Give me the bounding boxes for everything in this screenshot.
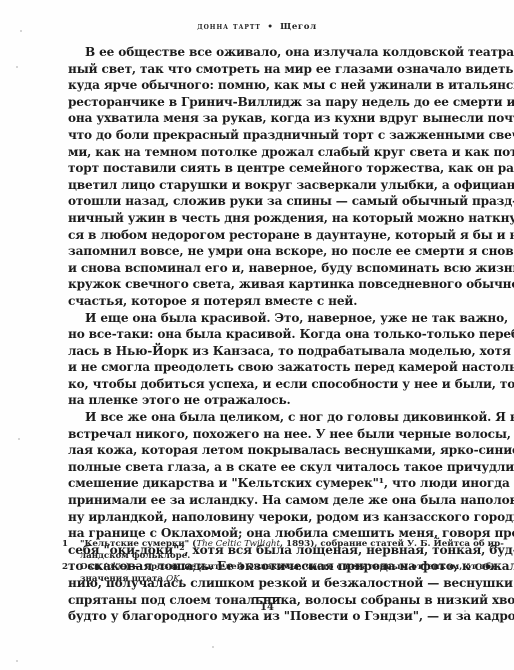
text-line: ко, чтобы добиться успеха, и если способ… — [68, 376, 480, 393]
footnotes: 1 "Кельтские сумерки" (The Celtic Twilig… — [62, 539, 480, 585]
text-line: ресторанчике в Гринич-Виллидж за пару не… — [68, 94, 480, 111]
footnote-italic-title: The Celtic Twilight — [196, 539, 280, 549]
text-line: смешение дикарства и "Кельтских сумерек"… — [68, 475, 480, 492]
scan-speck — [18, 438, 20, 440]
footnote-line: ландском фольклоре. — [80, 551, 480, 563]
text-line: ный свет, так что смотреть на мир ее гла… — [68, 61, 480, 78]
text-line: принимали ее за исландку. На самом деле … — [68, 492, 480, 509]
footnote-line: значения штата OK. — [80, 574, 480, 586]
scan-speck — [212, 646, 214, 648]
text-line: отошли назад, сложив руки за спины — сам… — [68, 193, 480, 210]
text-line: торт поставили сиять в центре семейного … — [68, 160, 480, 177]
scan-speck — [16, 660, 18, 662]
text-line: лась в Нью-Йорк из Канзаса, то подрабаты… — [68, 343, 480, 360]
footnote-text: . — [180, 574, 183, 584]
text-line: и снова вспоминал его и, наверное, буду … — [68, 260, 480, 277]
text-line: лая кожа, которая летом покрывалась весн… — [68, 442, 480, 459]
footnote-text: "Кельтские сумерки" ( — [80, 539, 196, 549]
running-head-separator: • — [267, 22, 273, 32]
text-line: запомнил вовсе, не умри она вскоре, но п… — [68, 243, 480, 260]
scan-speck — [464, 610, 466, 612]
text-line: на пленке этого не отражалось. — [68, 392, 480, 409]
running-head: Донна Тартт • Щегол — [0, 22, 514, 32]
footnote-line: Оки (okie) — прозвище жителей Оклахомы, … — [80, 562, 480, 574]
body-text: В ее обществе все оживало, она излучала … — [68, 44, 480, 625]
page-number: 14 — [0, 602, 514, 613]
text-line: что до боли прекрасный праздничный торт … — [68, 127, 480, 144]
footnote-line: "Кельтские сумерки" (The Celtic Twilight… — [80, 539, 480, 551]
text-line: но все-таки: она была красивой. Когда он… — [68, 326, 480, 343]
footnote-text: ) — прозвище жителей Оклахомы, часто с н… — [126, 562, 501, 572]
text-line: И все же она была целиком, с ног до голо… — [68, 409, 480, 426]
text-line: ся в любом недорогом ресторане в даунтау… — [68, 227, 480, 244]
text-line: В ее обществе все оживало, она излучала … — [68, 44, 480, 61]
footnote-number: 1 — [62, 539, 68, 551]
running-head-author: Донна Тартт — [197, 22, 261, 32]
text-line: она ухватила меня за рукав, когда из кух… — [68, 110, 480, 127]
footnote-1: 1 "Кельтские сумерки" (The Celtic Twilig… — [62, 539, 480, 562]
footnote-2: 2 Оки (okie) — прозвище жителей Оклахомы… — [62, 562, 480, 585]
text-line: ничный ужин в честь дня рождения, на кот… — [68, 210, 480, 227]
running-head-title: Щегол — [280, 22, 317, 32]
text-line: встречал никого, похожего на нее. У нее … — [68, 426, 480, 443]
footnote-italic-term: okie — [107, 562, 125, 572]
footnote-text: значения штата — [80, 574, 166, 584]
footnote-text: Оки ( — [80, 562, 107, 572]
footnote-text: , 1893), собрание статей У. Б. Йейтса об… — [280, 539, 504, 549]
book-page: Донна Тартт • Щегол В ее обществе все ож… — [0, 0, 514, 670]
footnote-number: 2 — [62, 562, 68, 574]
text-line: и не смогла преодолеть свою зажатость пе… — [68, 359, 480, 376]
text-line: ми, как на темном потолке дрожал слабый … — [68, 144, 480, 161]
scan-speck — [20, 30, 22, 32]
footnote-italic-term: OK — [166, 574, 180, 584]
text-line: полные света глаза, а в скате ее скул чи… — [68, 459, 480, 476]
text-line: И еще она была красивой. Это, наверное, … — [68, 310, 480, 327]
text-line: цветил лицо старушки и вокруг засверкали… — [68, 177, 480, 194]
scan-speck — [16, 66, 18, 68]
text-line: куда ярче обычного: помню, как мы с ней … — [68, 77, 480, 94]
text-line: ну ирландкой, наполовину чероки, родом и… — [68, 509, 480, 526]
page-number-rule — [253, 597, 281, 598]
text-line: счастья, которое я потерял вместе с ней. — [68, 293, 480, 310]
text-line: кружок свечного света, живая картинка по… — [68, 276, 480, 293]
